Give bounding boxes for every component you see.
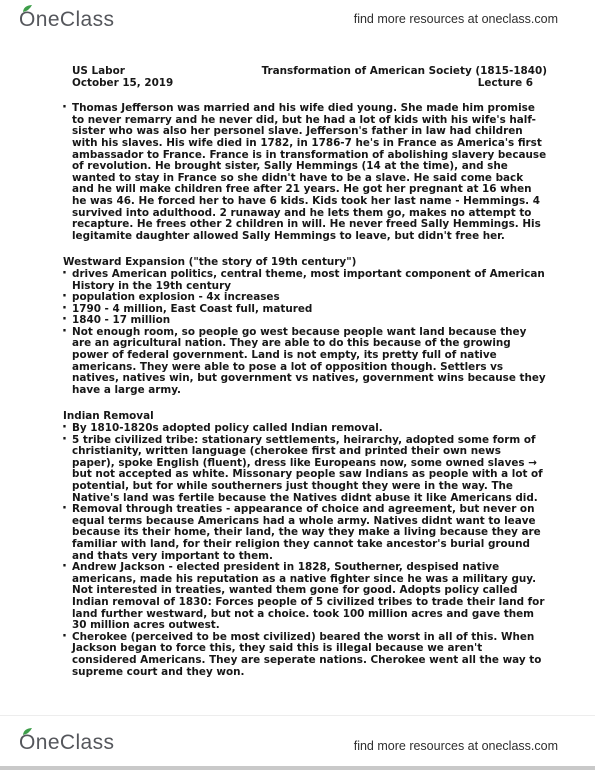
oneclass-logo[interactable]: OneClass: [19, 8, 114, 32]
note-item: Not enough room, so people go west becau…: [60, 327, 547, 397]
note-item: 5 tribe civilized tribe: stationary sett…: [60, 435, 547, 505]
note-item: Cherokee (perceived to be most civilized…: [60, 632, 547, 678]
lecture-title: Transformation of American Society (1815…: [262, 66, 547, 78]
find-more-resources-link-footer[interactable]: find more resources at oneclass.com: [354, 739, 558, 753]
logo-text: OneClass: [19, 8, 114, 31]
note-item: By 1810-1820s adopted policy called Indi…: [60, 423, 547, 435]
leaf-icon: [22, 4, 33, 13]
lecture-number: Lecture 6: [262, 78, 547, 90]
note-item: Thomas Jefferson was married and his wif…: [60, 103, 547, 242]
logo-text: OneClass: [19, 731, 114, 754]
note-item: Removal through treaties - appearance of…: [60, 504, 547, 562]
notes-title-right: Transformation of American Society (1815…: [262, 66, 547, 89]
note-item: Andrew Jackson - elected president in 18…: [60, 562, 547, 632]
section-westward-expansion: Westward Expansion ("the story of 19th c…: [60, 257, 547, 396]
page-edge-divider: [0, 715, 595, 716]
note-item: drives American politics, central theme,…: [60, 269, 547, 292]
oneclass-logo-footer[interactable]: OneClass: [19, 731, 114, 755]
leaf-icon: [22, 727, 33, 736]
scan-bottom-edge: [0, 766, 595, 770]
section-indian-removal: Indian Removal By 1810-1820s adopted pol…: [60, 411, 547, 678]
notes-title-row: US Labor October 15, 2019 Transformation…: [72, 66, 547, 89]
section-jefferson: Thomas Jefferson was married and his wif…: [60, 103, 547, 242]
notes-title-left: US Labor October 15, 2019: [72, 66, 173, 89]
lecture-date: October 15, 2019: [72, 78, 173, 90]
note-item: population explosion - 4x increases: [60, 292, 547, 304]
lecture-notes-page: US Labor October 15, 2019 Transformation…: [60, 66, 547, 693]
course-name: US Labor: [72, 66, 173, 78]
find-more-resources-link[interactable]: find more resources at oneclass.com: [354, 12, 558, 26]
